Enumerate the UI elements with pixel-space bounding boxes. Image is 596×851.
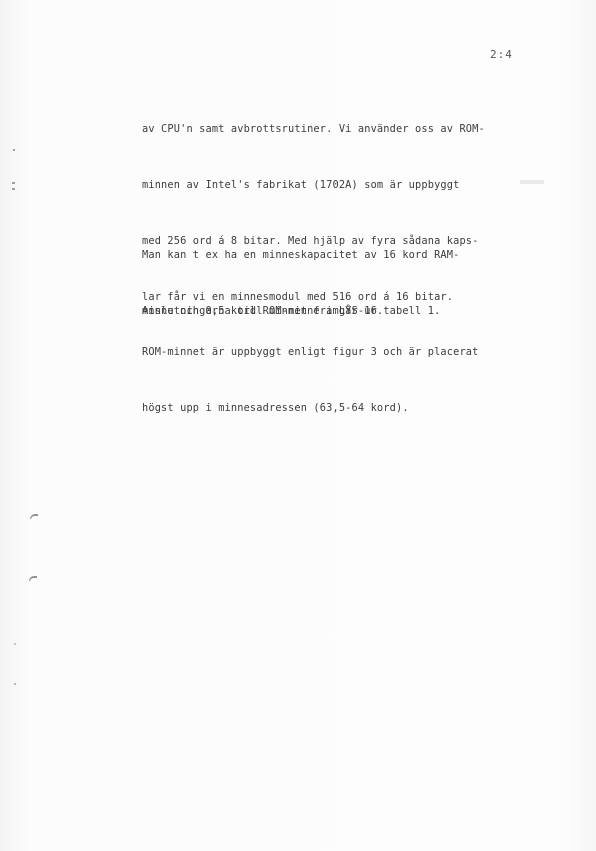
paragraph-connections: Anslutningarna till minnet framgår ur ta…: [142, 265, 440, 358]
scan-mark: [14, 683, 16, 685]
text-line: minnen av Intel's fabrikat (1702A) som ä…: [142, 176, 485, 195]
scan-mark: [13, 149, 15, 151]
page-number: 2:4: [490, 48, 513, 61]
text-line: Anslutningarna till minnet framgår ur ta…: [142, 302, 440, 321]
scan-mark: [12, 188, 15, 190]
scan-smudge: [520, 180, 544, 184]
document-page: 2:4 av CPU'n samt avbrottsrutiner. Vi an…: [0, 0, 596, 851]
scan-mark: [14, 643, 16, 645]
scan-mark: [12, 182, 15, 184]
text-line: Man kan t ex ha en minneskapacitet av 16…: [142, 246, 459, 265]
punch-hole-mark: [29, 576, 37, 581]
text-line: högst upp i minnesadressen (63,5-64 kord…: [142, 399, 485, 418]
text-line: av CPU'n samt avbrottsrutiner. Vi använd…: [142, 120, 485, 139]
punch-hole-mark: [30, 514, 38, 519]
